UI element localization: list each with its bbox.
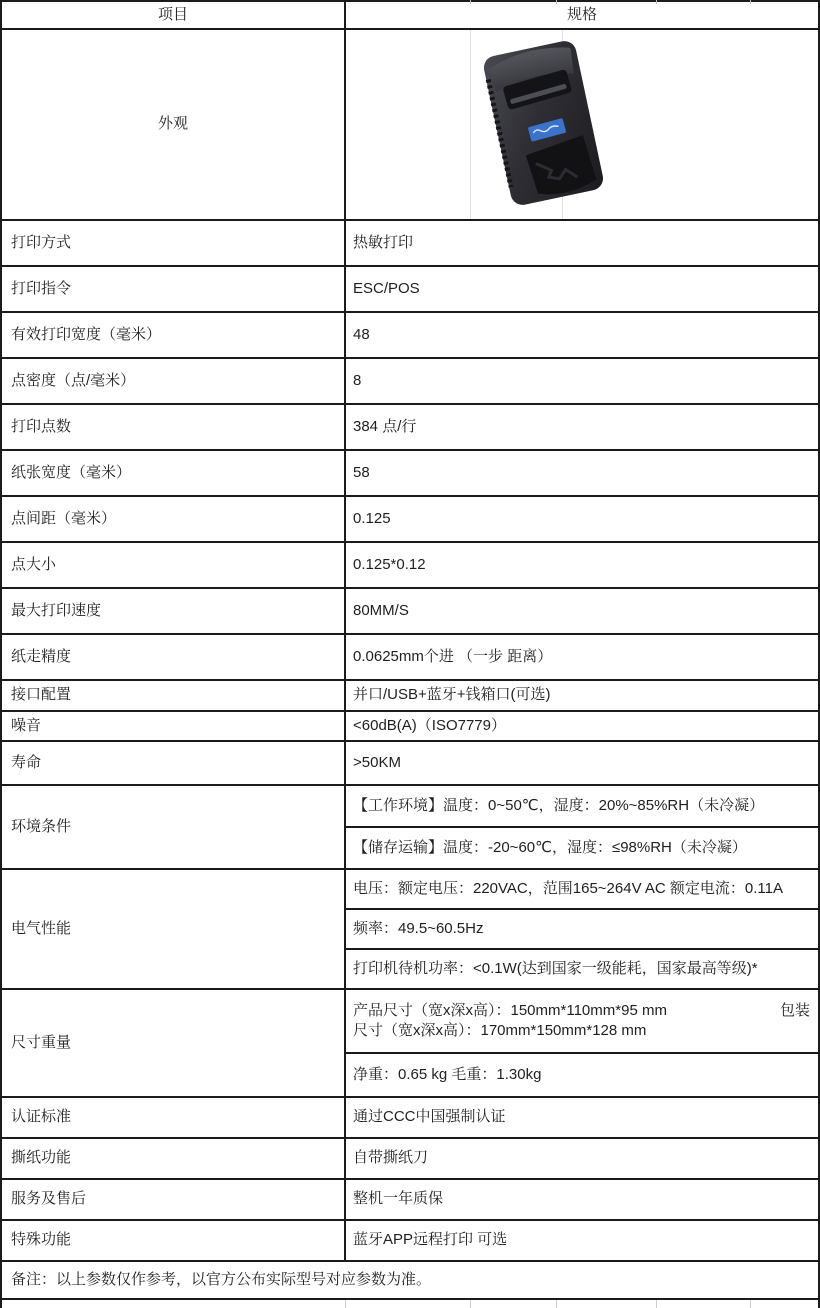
partial-bottom-row — [2, 1300, 818, 1308]
appearance-row: 外观 — [2, 30, 818, 221]
spec-row-value: 通过CCC中国强制认证 — [346, 1098, 818, 1137]
spec-row-label: 最大打印速度 — [2, 589, 346, 633]
printer-body-group — [482, 40, 606, 207]
electrical-label: 电气性能 — [2, 870, 346, 988]
environment-subrows: 【工作环境】温度：0~50℃，湿度：20%~85%RH（未冷凝） 【储存运输】温… — [346, 786, 818, 868]
environment-working: 【工作环境】温度：0~50℃，湿度：20%~85%RH（未冷凝） — [346, 786, 818, 828]
table-row: 点大小 0.125*0.12 — [2, 543, 818, 589]
table-row: 纸走精度 0.0625mm个进 （一步 距离） — [2, 635, 818, 681]
table-row: 打印方式 热敏打印 — [2, 221, 818, 267]
gridline-remnant — [470, 30, 471, 219]
dimensions-size-line2: 尺寸（宽x深x高）：170mm*150mm*128 mm — [353, 1021, 810, 1041]
gridline-remnant — [470, 0, 471, 4]
appearance-label: 外观 — [2, 30, 346, 219]
gridline-remnant — [345, 1300, 346, 1308]
spec-row-label: 服务及售后 — [2, 1180, 346, 1219]
spec-row-label: 纸走精度 — [2, 635, 346, 679]
table-row: 最大打印速度 80MM/S — [2, 589, 818, 635]
spec-row-value: 整机一年质保 — [346, 1180, 818, 1219]
table-row: 撕纸功能 自带撕纸刀 — [2, 1139, 818, 1180]
spec-row-value: 自带撕纸刀 — [346, 1139, 818, 1178]
environment-row: 环境条件 【工作环境】温度：0~50℃，湿度：20%~85%RH（未冷凝） 【储… — [2, 786, 818, 870]
dimensions-size: 产品尺寸（宽x深x高）：150mm*110mm*95 mm 包装 尺寸（宽x深x… — [346, 990, 818, 1054]
gridline-remnant — [470, 1300, 471, 1308]
spec-row-value: 蓝牙APP远程打印 可选 — [346, 1221, 818, 1260]
electrical-voltage: 电压：额定电压：220VAC，范围165~264V AC 额定电流：0.11A — [346, 870, 818, 910]
gridline-remnant — [556, 0, 557, 4]
spec-row-label: 纸张宽度（毫米） — [2, 451, 346, 495]
spec-row-label: 寿命 — [2, 742, 346, 784]
spec-row-value: 58 — [346, 451, 818, 495]
dimensions-size-line1: 产品尺寸（宽x深x高）：150mm*110mm*95 mm 包装 — [353, 1001, 810, 1021]
spec-row-value: >50KM — [346, 742, 818, 784]
gridline-remnant — [656, 0, 657, 4]
table-row: 打印指令 ESC/POS — [2, 267, 818, 313]
dimensions-subrows: 产品尺寸（宽x深x高）：150mm*110mm*95 mm 包装 尺寸（宽x深x… — [346, 990, 818, 1096]
spec-row-value: 80MM/S — [346, 589, 818, 633]
column-header-spec: 规格 — [346, 2, 818, 28]
spec-row-label: 认证标准 — [2, 1098, 346, 1137]
table-row: 有效打印宽度（毫米） 48 — [2, 313, 818, 359]
table-row: 特殊功能 蓝牙APP远程打印 可选 — [2, 1221, 818, 1262]
spec-row-label: 撕纸功能 — [2, 1139, 346, 1178]
gridline-remnant — [556, 1300, 557, 1308]
table-row: 打印点数 384 点/行 — [2, 405, 818, 451]
dimensions-label: 尺寸重量 — [2, 990, 346, 1096]
spec-row-label: 打印方式 — [2, 221, 346, 265]
spec-row-label: 点大小 — [2, 543, 346, 587]
product-photo-cell — [346, 30, 818, 219]
spec-row-label: 接口配置 — [2, 681, 346, 710]
table-row: 寿命 >50KM — [2, 742, 818, 786]
environment-storage: 【储存运输】温度：-20~60℃，湿度：≤98%RH（未冷凝） — [346, 828, 818, 868]
electrical-subrows: 电压：额定电压：220VAC，范围165~264V AC 额定电流：0.11A … — [346, 870, 818, 988]
spec-row-value: 0.125*0.12 — [346, 543, 818, 587]
gridline-remnant — [750, 0, 751, 4]
gridline-remnant — [750, 1300, 751, 1308]
spec-row-value: ESC/POS — [346, 267, 818, 311]
column-header-item: 项目 — [2, 2, 346, 28]
spec-row-value: 384 点/行 — [346, 405, 818, 449]
electrical-frequency: 频率：49.5~60.5Hz — [346, 910, 818, 950]
spec-row-label: 点间距（毫米） — [2, 497, 346, 541]
spec-row-value: 0.0625mm个进 （一步 距离） — [346, 635, 818, 679]
dimensions-weight: 净重：0.65 kg 毛重：1.30kg — [346, 1054, 818, 1096]
packing-size-prefix: 包装 — [780, 1001, 810, 1021]
gridline-remnant — [656, 1300, 657, 1308]
environment-label: 环境条件 — [2, 786, 346, 868]
table-row: 纸张宽度（毫米） 58 — [2, 451, 818, 497]
spec-row-value: 48 — [346, 313, 818, 357]
spec-row-value: 热敏打印 — [346, 221, 818, 265]
spec-table: 项目 规格 外观 — [0, 0, 820, 1308]
note-row: 备注：以上参数仅作参考，以官方公布实际型号对应参数为准。 — [2, 1262, 818, 1300]
printer-illustration — [472, 40, 607, 212]
electrical-row: 电气性能 电压：额定电压：220VAC，范围165~264V AC 额定电流：0… — [2, 870, 818, 990]
spec-row-label: 特殊功能 — [2, 1221, 346, 1260]
spec-row-value: 并口/USB+蓝牙+钱箱口(可选) — [346, 681, 818, 710]
spec-row-value: 0.125 — [346, 497, 818, 541]
thermal-printer-photo — [472, 40, 607, 218]
spec-row-value: <60dB(A)（ISO7779） — [346, 712, 818, 740]
spec-row-label: 打印点数 — [2, 405, 346, 449]
table-row: 服务及售后 整机一年质保 — [2, 1180, 818, 1221]
spec-row-label: 有效打印宽度（毫米） — [2, 313, 346, 357]
table-row: 点间距（毫米） 0.125 — [2, 497, 818, 543]
electrical-standby-power: 打印机待机功率：<0.1W(达到国家一级能耗，国家最高等级)* — [346, 950, 818, 988]
table-row: 接口配置 并口/USB+蓝牙+钱箱口(可选) — [2, 681, 818, 712]
table-row: 点密度（点/毫米） 8 — [2, 359, 818, 405]
spec-row-label: 点密度（点/毫米） — [2, 359, 346, 403]
spec-row-label: 噪音 — [2, 712, 346, 740]
spec-row-value: 8 — [346, 359, 818, 403]
spec-row-label: 打印指令 — [2, 267, 346, 311]
note-text: 备注：以上参数仅作参考，以官方公布实际型号对应参数为准。 — [2, 1262, 818, 1298]
table-header-row: 项目 规格 — [2, 2, 818, 30]
product-size-text: 产品尺寸（宽x深x高）：150mm*110mm*95 mm — [353, 1001, 667, 1021]
table-row: 认证标准 通过CCC中国强制认证 — [2, 1098, 818, 1139]
table-row: 噪音 <60dB(A)（ISO7779） — [2, 712, 818, 742]
dimensions-row: 尺寸重量 产品尺寸（宽x深x高）：150mm*110mm*95 mm 包装 尺寸… — [2, 990, 818, 1098]
